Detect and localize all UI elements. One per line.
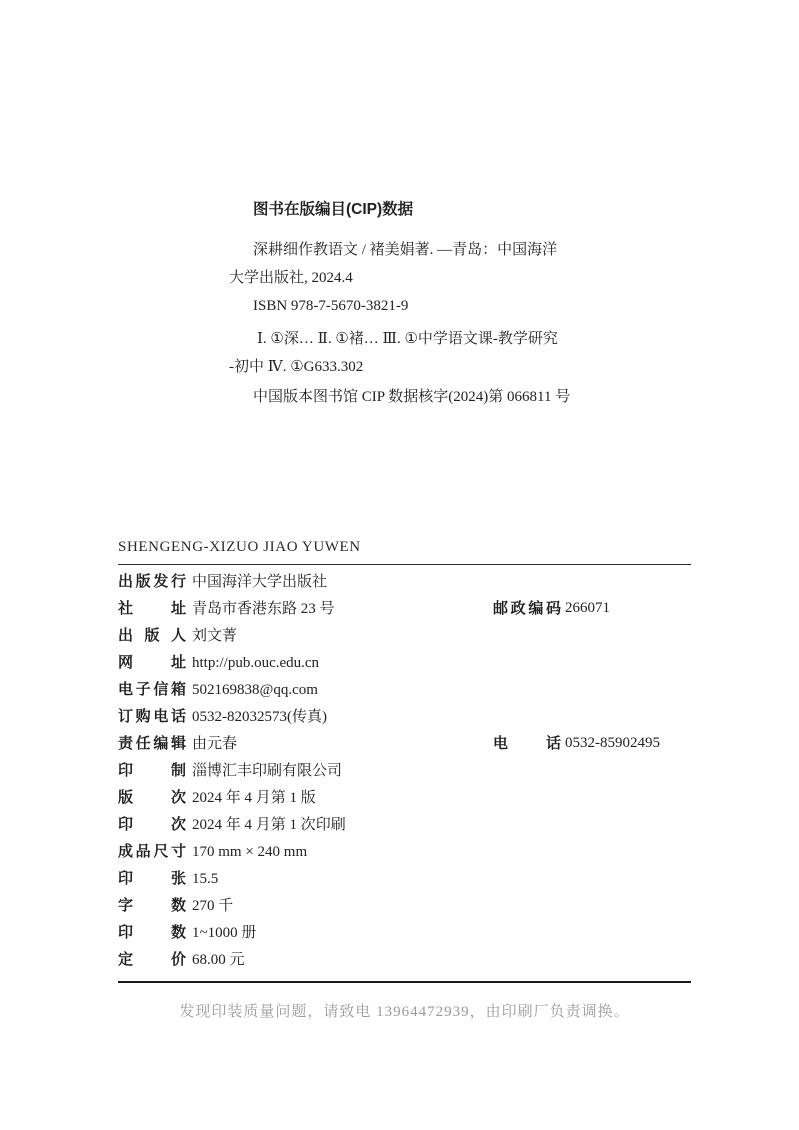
table-row: 印次2024 年 4 月第 1 次印刷 [118,811,691,838]
row-label: 电子信箱 [118,676,186,703]
row-value: 青岛市香港东路 23 号 [192,601,335,617]
table-row: 印张15.5 [118,865,691,892]
row-label: 版次 [118,784,186,811]
row-value: 0532-82032573(传真) [192,709,327,725]
table-row: 责任编辑由元春 电话0532-85902495 [118,730,691,757]
cip-classification-line-2: -初中 Ⅳ. ①G633.302 [229,353,659,381]
row-label: 字数 [118,892,186,919]
print-quality-notice: 发现印装质量问题，请致电 13964472939，由印刷厂负责调换。 [118,1000,691,1021]
email-address: 502169838@qq.com [192,682,318,698]
row-label: 印次 [118,811,186,838]
phone-label: 电话 [493,730,561,757]
table-row: 出版发行中国海洋大学出版社 [118,568,691,595]
row-label: 出版发行 [118,568,186,595]
row-value: 2024 年 4 月第 1 次印刷 [192,817,346,833]
colophon-section: SHENGENG-XIZUO JIAO YUWEN 出版发行中国海洋大学出版社 … [118,537,691,1021]
row-value: 270 千 [192,898,233,914]
row-value: 淄博汇丰印刷有限公司 [192,763,342,779]
postal-code-label: 邮政编码 [493,595,561,622]
table-row: 出版人刘文菁 [118,622,691,649]
website-url: http://pub.ouc.edu.cn [192,655,319,671]
publication-info-table: 出版发行中国海洋大学出版社 社址青岛市香港东路 23 号 邮政编码266071 … [118,565,691,973]
row-value: 刘文菁 [192,628,237,644]
table-row: 印数1~1000 册 [118,919,691,946]
row-value: 1~1000 册 [192,925,256,941]
row-label: 成品尺寸 [118,838,186,865]
table-row: 订购电话0532-82032573(传真) [118,703,691,730]
cip-record-number: 中国版本图书馆 CIP 数据核字(2024)第 066811 号 [229,383,659,411]
row-label: 责任编辑 [118,730,186,757]
phone-value: 0532-85902495 [565,730,660,757]
table-row: 网址http://pub.ouc.edu.cn [118,649,691,676]
row-label: 印制 [118,757,186,784]
table-row: 成品尺寸170 mm × 240 mm [118,838,691,865]
postal-code-value: 266071 [565,595,610,622]
row-value: 15.5 [192,871,218,887]
divider-bottom [118,981,691,983]
row-label: 出版人 [118,622,186,649]
row-value: 68.00 元 [192,952,245,968]
table-row: 社址青岛市香港东路 23 号 邮政编码266071 [118,595,691,622]
row-label: 定价 [118,946,186,973]
row-label: 印张 [118,865,186,892]
table-row: 字数270 千 [118,892,691,919]
copyright-page: { "cip": { "header": "图书在版编目(CIP)数据", "d… [0,0,799,1130]
row-label: 社址 [118,595,186,622]
cip-classification-line-1: Ⅰ. ①深… Ⅱ. ①褚… Ⅲ. ①中学语文课-教学研究 [229,325,659,353]
pinyin-title: SHENGENG-XIZUO JIAO YUWEN [118,537,691,557]
row-label: 订购电话 [118,703,186,730]
table-row: 版次2024 年 4 月第 1 版 [118,784,691,811]
table-row: 电子信箱502169838@qq.com [118,676,691,703]
cip-description-line-1: 深耕细作教语文 / 褚美娟著. —青岛：中国海洋 [229,236,659,264]
row-label: 网址 [118,649,186,676]
table-row: 定价68.00 元 [118,946,691,973]
row-label: 印数 [118,919,186,946]
row-value: 170 mm × 240 mm [192,844,307,860]
row-value: 中国海洋大学出版社 [192,574,327,590]
row-value: 2024 年 4 月第 1 版 [192,790,316,806]
cip-isbn: ISBN 978-7-5670-3821-9 [229,292,659,320]
cip-header: 图书在版编目(CIP)数据 [229,196,659,224]
row-value: 由元春 [192,736,237,752]
table-row: 印制淄博汇丰印刷有限公司 [118,757,691,784]
cip-description-line-2: 大学出版社, 2024.4 [229,264,659,292]
cip-data-block: 图书在版编目(CIP)数据 深耕细作教语文 / 褚美娟著. —青岛：中国海洋 大… [229,196,659,411]
